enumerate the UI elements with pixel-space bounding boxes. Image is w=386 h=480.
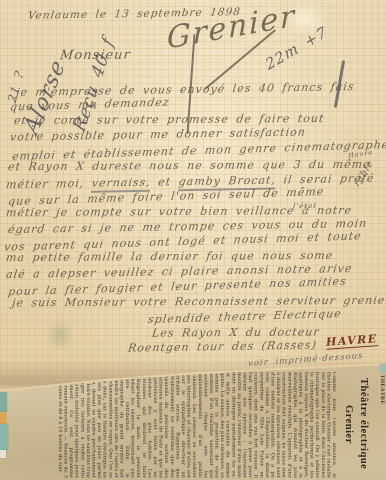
tape-fragment-yellow	[0, 412, 6, 424]
tape-fragment-teal	[0, 424, 8, 450]
clipping-headline: Théâtre électrique Grenier	[337, 370, 371, 478]
scanned-letter-document: Venlaume le 13 septembre 1898 Monsieur G…	[0, 0, 386, 480]
tape-fragment-teal	[380, 364, 386, 373]
clipping-edge-caption: LE THÉÂTRE	[372, 365, 385, 480]
line-fragment: et	[150, 175, 180, 189]
signature-line: Les Rayon X du docteur	[151, 326, 320, 339]
letter-line: ma petite famille la dernier foi que nou…	[5, 250, 334, 264]
letter-line: et Rayon X dureste nous ne somme que 3 d…	[7, 159, 371, 174]
tape-fragment-white	[0, 450, 6, 458]
tape-fragment-teal	[0, 392, 7, 412]
inserted-word: l'état	[292, 200, 318, 212]
line-fragment: métier moi,	[5, 177, 92, 192]
clipping-body-text: Comme nous l'avons annoncé, le théâtre é…	[6, 372, 336, 478]
